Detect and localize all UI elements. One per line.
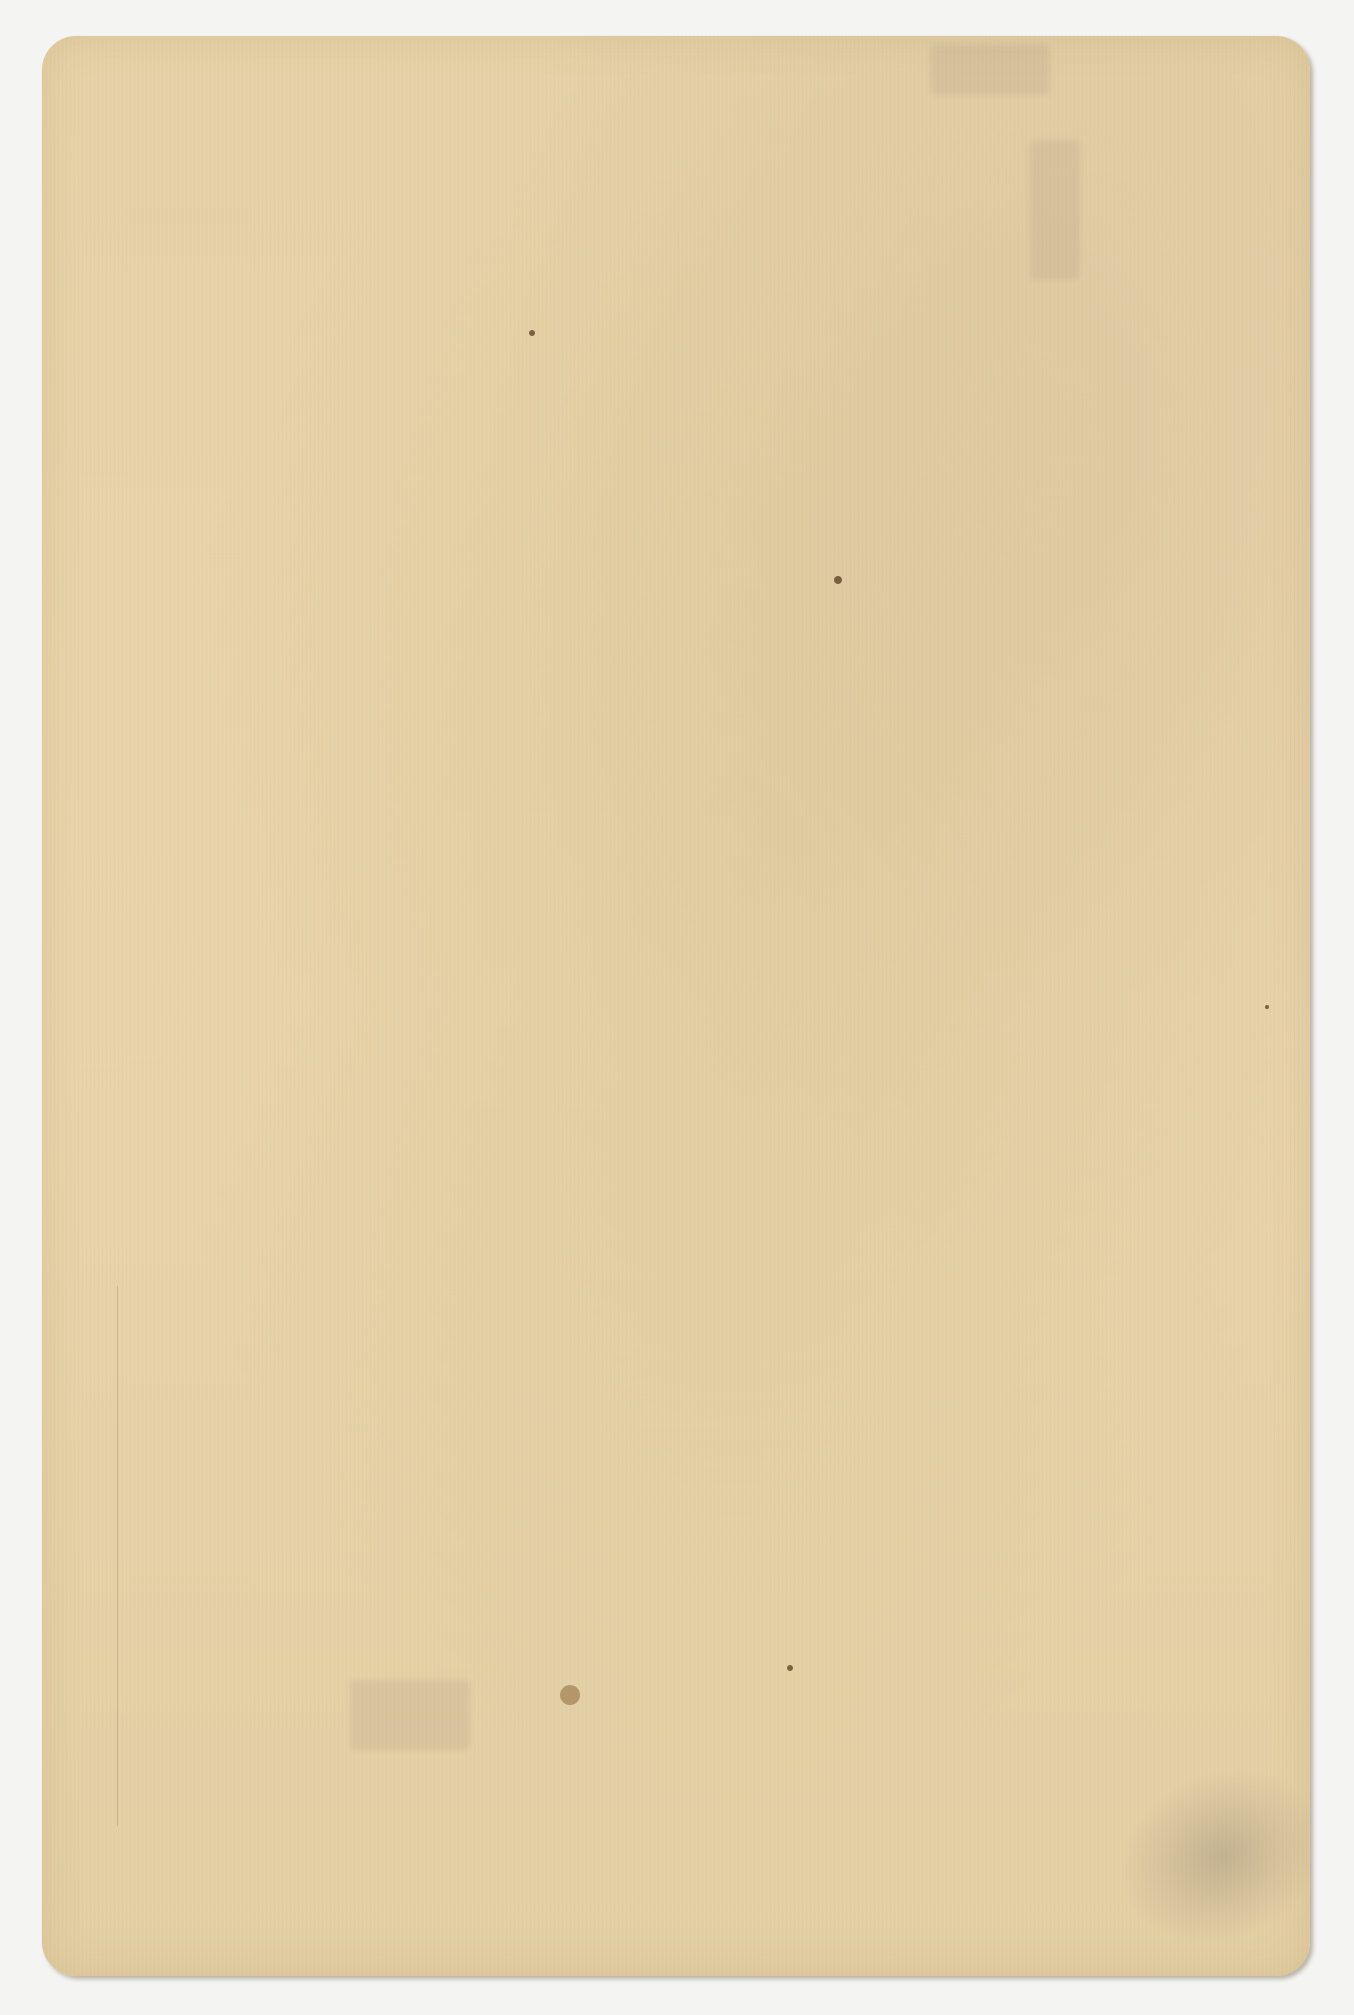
foxing-spot <box>787 1665 793 1671</box>
foxing-spot <box>1265 1005 1269 1009</box>
foxing-spot <box>529 330 535 336</box>
ghost-text-region <box>930 45 1050 95</box>
image-description: Back of an antique cabinet card photogra… <box>0 0 1 1</box>
ghost-text-region <box>350 1680 470 1750</box>
faint-border-line <box>117 1286 118 1826</box>
paper-texture <box>42 36 1310 1976</box>
foxing-spot <box>560 1685 580 1705</box>
foxing-spot <box>834 576 842 584</box>
card-back <box>42 36 1310 1976</box>
ghost-text-region <box>1030 140 1080 280</box>
